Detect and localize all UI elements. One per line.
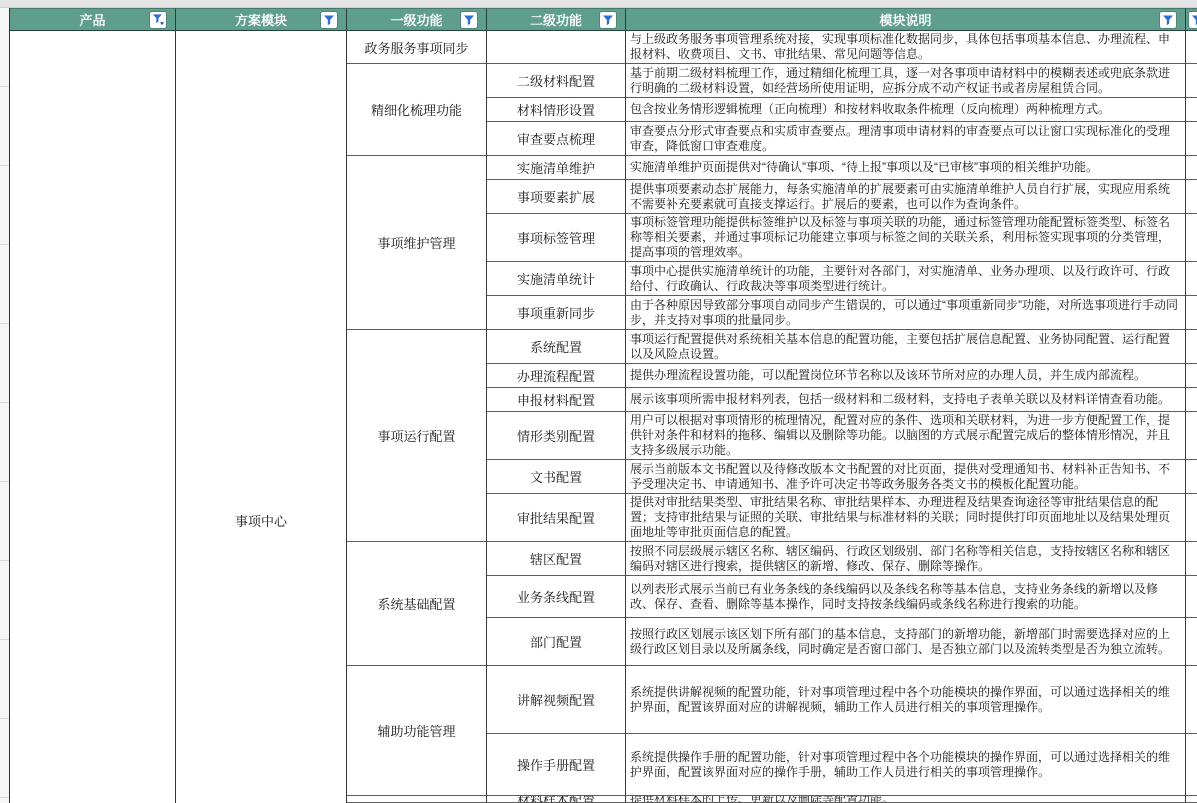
- module-description-text: 与上级政务服务事项管理系统对接，实现事项标准化数据同步，具体包括事项基本信息、办…: [630, 32, 1181, 62]
- column-header-partial: 省: [1186, 8, 1197, 31]
- filter-funnel-icon[interactable]: [1189, 12, 1197, 28]
- module-description-cell[interactable]: 提供对审批结果类型、审批结果名称、审批结果样本、办理进程及结果查询途径等审批结果…: [626, 494, 1186, 542]
- module-description-cell[interactable]: 事项中心提供实施清单统计的功能，主要针对各部门，对实施清单、业务办理项、以及行政…: [626, 262, 1186, 296]
- module-description-text: 实施清单维护页面提供对“待确认”事项、“待上报”事项以及“已审核”事项的相关维护…: [630, 160, 1098, 175]
- level2-function-cell[interactable]: 审批结果配置: [487, 494, 626, 542]
- filter-funnel-icon[interactable]: [600, 12, 616, 28]
- module-description-text: 事项运行配置提供对系统相关基本信息的配置功能，主要包括扩展信息配置、业务协同配置…: [630, 332, 1181, 362]
- module-description-text: 事项标签管理功能提供标签维护以及标签与事项关联的功能，通过标签管理功能配置标签类…: [630, 215, 1181, 260]
- partial-column-cell: [1186, 180, 1197, 214]
- partial-column-cell: [1186, 576, 1197, 618]
- partial-column-cell: [1186, 64, 1197, 98]
- module-description-cell[interactable]: 包含按业务情形逻辑梳理（正向梳理）和按材料收取条件梳理（反向梳理）两种梳理方式。: [626, 98, 1186, 122]
- module-description-cell[interactable]: 系统提供讲解视频的配置功能，针对事项管理过程中各个功能模块的操作界面，可以通过选…: [626, 666, 1186, 734]
- solution-module-table: 产品方案模块一级功能二级功能模块说明省 事项中心 政务服务事项同步与上级政务服务…: [10, 8, 1197, 803]
- module-description-text: 事项中心提供实施清单统计的功能，主要针对各部门，对实施清单、业务办理项、以及行政…: [630, 264, 1181, 294]
- level2-function-cell[interactable]: [487, 31, 626, 64]
- level1-function-cell[interactable]: 事项维护管理: [347, 156, 487, 330]
- module-description-cell[interactable]: 审查要点分形式审查要点和实质审查要点。理清事项申请材料的审查要点可以让窗口实现标…: [626, 122, 1186, 156]
- level2-function-cell[interactable]: 部门配置: [487, 618, 626, 666]
- module-description-cell[interactable]: 事项标签管理功能提供标签维护以及标签与事项关联的功能，通过标签管理功能配置标签类…: [626, 214, 1186, 262]
- partial-column-cell: [1186, 330, 1197, 364]
- module-description-cell[interactable]: 由于各种原因导致部分事项自动同步产生错误的，可以通过“事项重新同步”功能，对所选…: [626, 296, 1186, 330]
- module-description-text: 基于前期二级材料梳理工作，通过精细化梳理工具，逐一对各事项申请材料中的模糊表述或…: [630, 66, 1181, 96]
- module-description-text: 用户可以根据对事项情形的梳理情况，配置对应的条件、选项和关联材料，为进一步方便配…: [630, 413, 1181, 458]
- column-header-label: 二级功能: [530, 10, 582, 29]
- column-header-label: 一级功能: [390, 10, 442, 29]
- level1-function-cell[interactable]: 精细化梳理功能: [347, 64, 487, 156]
- module-description-cell[interactable]: 展示当前版本文书配置以及待修改版本文书配置的对比页面，提供对受理通知书、材料补正…: [626, 460, 1186, 494]
- sheet-top-margin: [0, 0, 1197, 8]
- module-description-text: 按照行政区划展示该区划下所有部门的基本信息，支持部门的新增功能，新增部门时需要选…: [630, 627, 1181, 657]
- filter-funnel-icon[interactable]: [321, 12, 337, 28]
- table-header-row: 产品方案模块一级功能二级功能模块说明省: [10, 8, 1197, 31]
- partial-column-cell: [1186, 98, 1197, 122]
- partial-column-cell: [1186, 388, 1197, 412]
- solution-module-name: 事项中心: [176, 511, 346, 530]
- module-description-text: 审查要点分形式审查要点和实质审查要点。理清事项申请材料的审查要点可以让窗口实现标…: [630, 124, 1181, 154]
- level2-function-cell[interactable]: 实施清单统计: [487, 262, 626, 296]
- module-description-text: 以列表形式展示当前已有业务条线的条线编码以及条线名称等基本信息，支持业务条线的新…: [630, 582, 1181, 612]
- partial-column-cell: [1186, 412, 1197, 460]
- level1-function-cell[interactable]: 政务服务事项同步: [347, 31, 487, 64]
- column-header-label: 产品: [79, 10, 105, 29]
- level2-function-cell[interactable]: 办理流程配置: [487, 364, 626, 388]
- column-header-label: 方案模块: [235, 10, 287, 29]
- level1-function-cell[interactable]: [347, 796, 487, 803]
- partial-column-cell: [1186, 542, 1197, 576]
- module-description-cell[interactable]: 与上级政务服务事项管理系统对接，实现事项标准化数据同步，具体包括事项基本信息、办…: [626, 31, 1186, 64]
- filter-funnel-icon[interactable]: [1160, 12, 1176, 28]
- column-header-level2-function: 二级功能: [487, 8, 626, 31]
- partial-column-cell: [1186, 460, 1197, 494]
- module-description-cell[interactable]: 基于前期二级材料梳理工作，通过精细化梳理工具，逐一对各事项申请材料中的模糊表述或…: [626, 64, 1186, 98]
- level2-function-cell[interactable]: 情形类别配置: [487, 412, 626, 460]
- module-description-text: 展示该事项所需申报材料列表，包括一级材料和二级材料，支持电子表单关联以及材料详情…: [630, 392, 1170, 407]
- level2-function-cell[interactable]: 辖区配置: [487, 542, 626, 576]
- module-description-text: 提供办理流程设置功能，可以配置岗位环节名称以及该环节所对应的办理人员，并生成内部…: [630, 368, 1146, 383]
- table-body: 事项中心 政务服务事项同步与上级政务服务事项管理系统对接，实现事项标准化数据同步…: [10, 31, 1197, 803]
- column-header-module-description: 模块说明: [626, 8, 1186, 31]
- module-description-cell[interactable]: 提供材料样本的上传、更新以及删除等配置功能。: [626, 796, 1186, 803]
- module-description-cell[interactable]: 提供办理流程设置功能，可以配置岗位环节名称以及该环节所对应的办理人员，并生成内部…: [626, 364, 1186, 388]
- level1-function-cell[interactable]: 系统基础配置: [347, 542, 487, 666]
- partial-column-cell: [1186, 31, 1197, 64]
- filter-funnel-icon[interactable]: [150, 12, 166, 28]
- module-description-cell[interactable]: 按照行政区划展示该区划下所有部门的基本信息，支持部门的新增功能，新增部门时需要选…: [626, 618, 1186, 666]
- module-description-text: 提供事项要素动态扩展能力，每条实施清单的扩展要素可由实施清单维护人员自行扩展，实…: [630, 182, 1181, 212]
- level2-function-cell[interactable]: 业务条线配置: [487, 576, 626, 618]
- solution-module-merged-cell[interactable]: 事项中心: [176, 31, 347, 803]
- column-header-product: 产品: [10, 8, 176, 31]
- level2-function-cell[interactable]: 材料样本配置: [487, 796, 626, 803]
- column-header-label: 模块说明: [879, 10, 931, 29]
- partial-column-cell: [1186, 618, 1197, 666]
- module-description-text: 包含按业务情形逻辑梳理（正向梳理）和按材料收取条件梳理（反向梳理）两种梳理方式。: [630, 102, 1110, 117]
- filter-funnel-icon[interactable]: [461, 12, 477, 28]
- level2-function-cell[interactable]: 二级材料配置: [487, 64, 626, 98]
- module-description-text: 展示当前版本文书配置以及待修改版本文书配置的对比页面，提供对受理通知书、材料补正…: [630, 462, 1181, 492]
- level2-function-cell[interactable]: 材料情形设置: [487, 98, 626, 122]
- level2-function-cell[interactable]: 实施清单维护: [487, 156, 626, 180]
- level2-function-cell[interactable]: 事项要素扩展: [487, 180, 626, 214]
- partial-column-cell: [1186, 214, 1197, 262]
- module-description-cell[interactable]: 系统提供操作手册的配置功能，针对事项管理过程中各个功能模块的操作界面，可以通过选…: [626, 734, 1186, 796]
- partial-column-cell: [1186, 796, 1197, 803]
- module-description-cell[interactable]: 展示该事项所需申报材料列表，包括一级材料和二级材料，支持电子表单关联以及材料详情…: [626, 388, 1186, 412]
- partial-column-cell: [1186, 262, 1197, 296]
- partial-column-cell: [1186, 156, 1197, 180]
- level1-function-cell[interactable]: 事项运行配置: [347, 330, 487, 542]
- module-description-cell[interactable]: 实施清单维护页面提供对“待确认”事项、“待上报”事项以及“已审核”事项的相关维护…: [626, 156, 1186, 180]
- partial-column-cell: [1186, 666, 1197, 734]
- product-column-merged-cell[interactable]: [10, 31, 176, 803]
- level2-function-cell[interactable]: 文书配置: [487, 460, 626, 494]
- module-description-text: 系统提供操作手册的配置功能，针对事项管理过程中各个功能模块的操作界面，可以通过选…: [630, 750, 1181, 780]
- partial-column-cell: [1186, 122, 1197, 156]
- module-description-text: 按照不同层级展示辖区名称、辖区编码、行政区划级别、部门名称等相关信息，支持按辖区…: [630, 544, 1181, 574]
- partial-column-cell: [1186, 494, 1197, 542]
- spreadsheet-viewport: 产品方案模块一级功能二级功能模块说明省 事项中心 政务服务事项同步与上级政务服务…: [0, 0, 1197, 803]
- module-description-cell[interactable]: 提供事项要素动态扩展能力，每条实施清单的扩展要素可由实施清单维护人员自行扩展，实…: [626, 180, 1186, 214]
- function-rows-grid: 政务服务事项同步与上级政务服务事项管理系统对接，实现事项标准化数据同步，具体包括…: [347, 31, 1197, 803]
- column-header-solution-module: 方案模块: [176, 8, 347, 31]
- level1-function-cell[interactable]: 辅助功能管理: [347, 666, 487, 796]
- level2-function-cell[interactable]: 操作手册配置: [487, 734, 626, 796]
- module-description-text: 提供材料样本的上传、更新以及删除等配置功能。: [630, 796, 894, 803]
- module-description-cell[interactable]: 以列表形式展示当前已有业务条线的条线编码以及条线名称等基本信息，支持业务条线的新…: [626, 576, 1186, 618]
- sheet-left-margin: [0, 8, 10, 803]
- module-description-text: 系统提供讲解视频的配置功能，针对事项管理过程中各个功能模块的操作界面，可以通过选…: [630, 685, 1181, 715]
- level2-function-cell[interactable]: 系统配置: [487, 330, 626, 364]
- level2-function-cell[interactable]: 讲解视频配置: [487, 666, 626, 734]
- module-description-cell[interactable]: 事项运行配置提供对系统相关基本信息的配置功能，主要包括扩展信息配置、业务协同配置…: [626, 330, 1186, 364]
- level2-function-cell[interactable]: 事项重新同步: [487, 296, 626, 330]
- partial-column-cell: [1186, 364, 1197, 388]
- level2-function-cell[interactable]: 事项标签管理: [487, 214, 626, 262]
- column-header-level1-function: 一级功能: [347, 8, 487, 31]
- level2-function-cell[interactable]: 审查要点梳理: [487, 122, 626, 156]
- partial-column-cell: [1186, 296, 1197, 330]
- module-description-text: 提供对审批结果类型、审批结果名称、审批结果样本、办理进程及结果查询途径等审批结果…: [630, 495, 1181, 540]
- module-description-text: 由于各种原因导致部分事项自动同步产生错误的，可以通过“事项重新同步”功能，对所选…: [630, 298, 1181, 328]
- partial-column-cell: [1186, 734, 1197, 796]
- module-description-cell[interactable]: 按照不同层级展示辖区名称、辖区编码、行政区划级别、部门名称等相关信息，支持按辖区…: [626, 542, 1186, 576]
- level2-function-cell[interactable]: 申报材料配置: [487, 388, 626, 412]
- module-description-cell[interactable]: 用户可以根据对事项情形的梳理情况，配置对应的条件、选项和关联材料，为进一步方便配…: [626, 412, 1186, 460]
